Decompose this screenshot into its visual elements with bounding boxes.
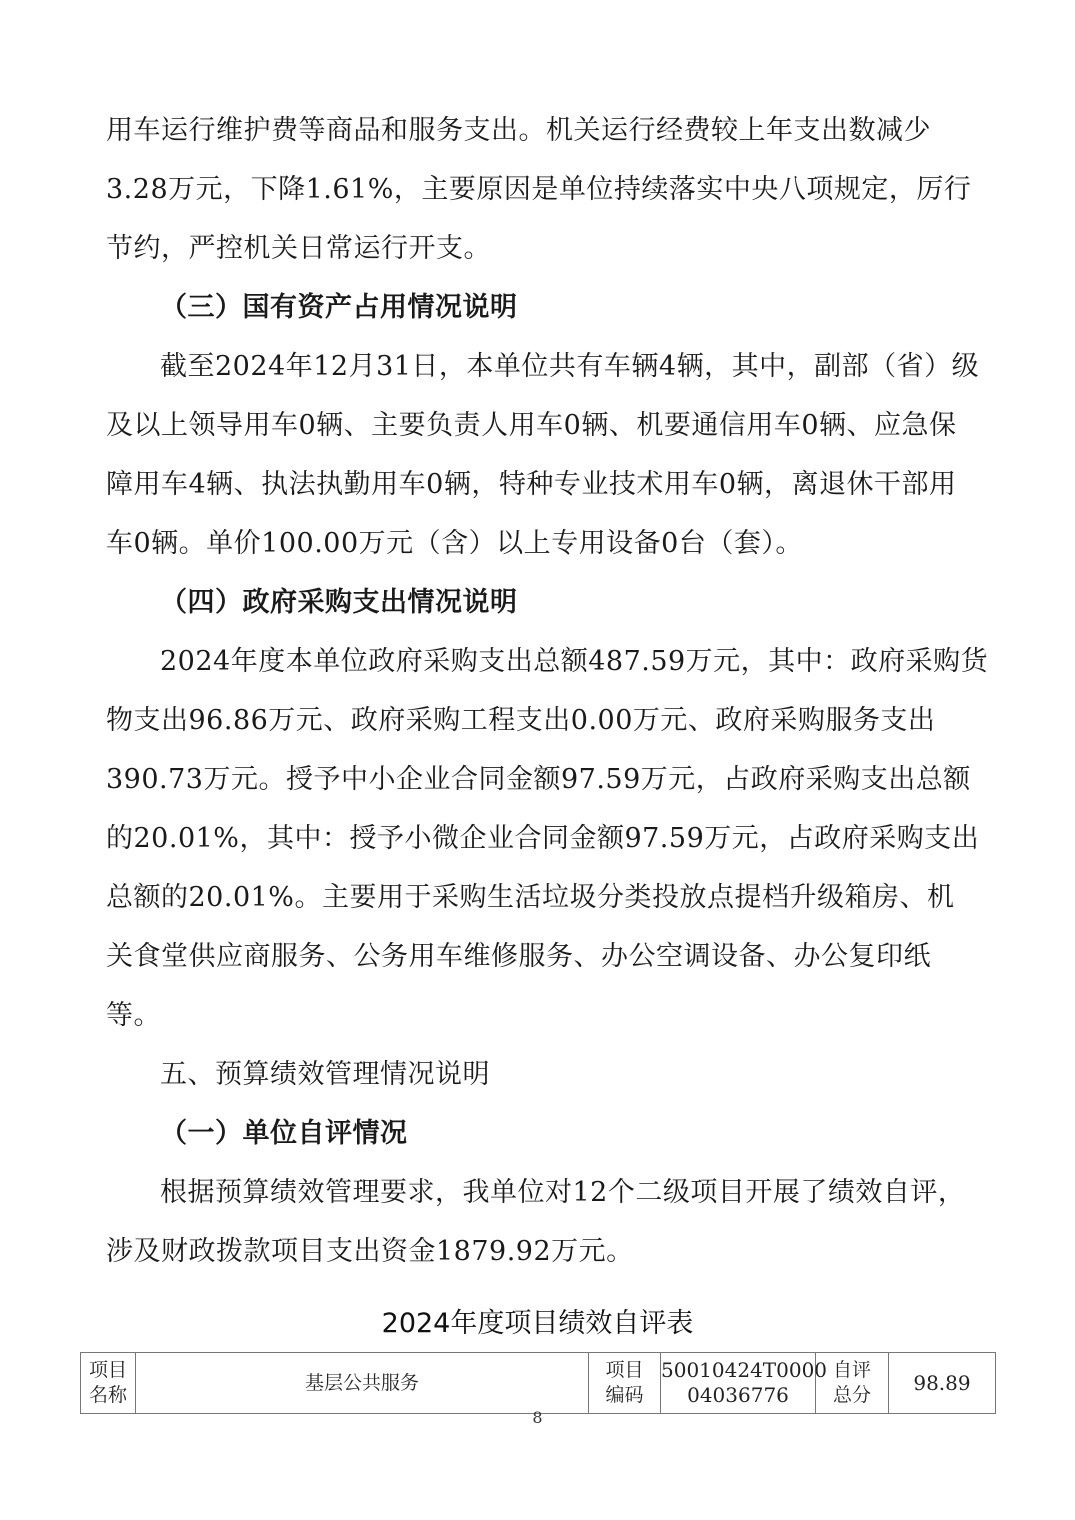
paragraph-line: 390.73万元。授予中小企业合同金额97.59万元，占政府采购支出总额 — [106, 762, 974, 798]
table-row: 项目 名称 基层公共服务 项目 编码 50010424T0000 0403677… — [81, 1353, 996, 1414]
paragraph-line: 障用车4辆、执法执勤用车0辆，特种专业技术用车0辆，离退休干部用 — [106, 467, 974, 503]
paragraph-line: 截至2024年12月31日，本单位共有车辆4辆，其中，副部（省）级 — [160, 349, 974, 385]
page-number: 8 — [0, 1408, 1075, 1427]
table-title: 2024年度项目绩效自评表 — [0, 1306, 1075, 1342]
section-heading: （四）政府采购支出情况说明 — [160, 585, 974, 621]
paragraph-line: 根据预算绩效管理要求，我单位对12个二级项目开展了绩效自评， — [160, 1175, 974, 1211]
project-name-value: 基层公共服务 — [136, 1353, 589, 1414]
paragraph-line: 车0辆。单价100.00万元（含）以上专用设备0台（套）。 — [106, 526, 974, 562]
paragraph-line: 的20.01%，其中：授予小微企业合同金额97.59万元，占政府采购支出 — [106, 821, 974, 857]
paragraph-line: 涉及财政拨款项目支出资金1879.92万元。 — [106, 1234, 974, 1270]
project-code-value: 50010424T0000 04036776 — [661, 1353, 816, 1414]
self-score-value: 98.89 — [889, 1353, 996, 1414]
section-heading: （三）国有资产占用情况说明 — [160, 290, 974, 326]
project-name-label: 项目 名称 — [81, 1353, 136, 1414]
project-code-label: 项目 编码 — [589, 1353, 661, 1414]
section-heading: （一）单位自评情况 — [160, 1116, 974, 1152]
paragraph-line: 物支出96.86万元、政府采购工程支出0.00万元、政府采购服务支出 — [106, 703, 974, 739]
paragraph-line: 2024年度本单位政府采购支出总额487.59万元，其中：政府采购货 — [160, 644, 974, 680]
paragraph-line: 用车运行维护费等商品和服务支出。机关运行经费较上年支出数减少 — [106, 113, 974, 149]
project-evaluation-table: 项目 名称 基层公共服务 项目 编码 50010424T0000 0403677… — [80, 1352, 996, 1414]
paragraph-line: 总额的20.01%。主要用于采购生活垃圾分类投放点提档升级箱房、机 — [106, 880, 974, 916]
paragraph-line: 等。 — [106, 998, 974, 1034]
paragraph-line: 3.28万元，下降1.61%，主要原因是单位持续落实中央八项规定，厉行 — [106, 172, 974, 208]
paragraph-line: 及以上领导用车0辆、主要负责人用车0辆、机要通信用车0辆、应急保 — [106, 408, 974, 444]
paragraph-line: 关食堂供应商服务、公务用车维修服务、办公空调设备、办公复印纸 — [106, 939, 974, 975]
paragraph-line: 节约，严控机关日常运行开支。 — [106, 231, 974, 267]
chapter-heading: 五、预算绩效管理情况说明 — [160, 1057, 974, 1093]
